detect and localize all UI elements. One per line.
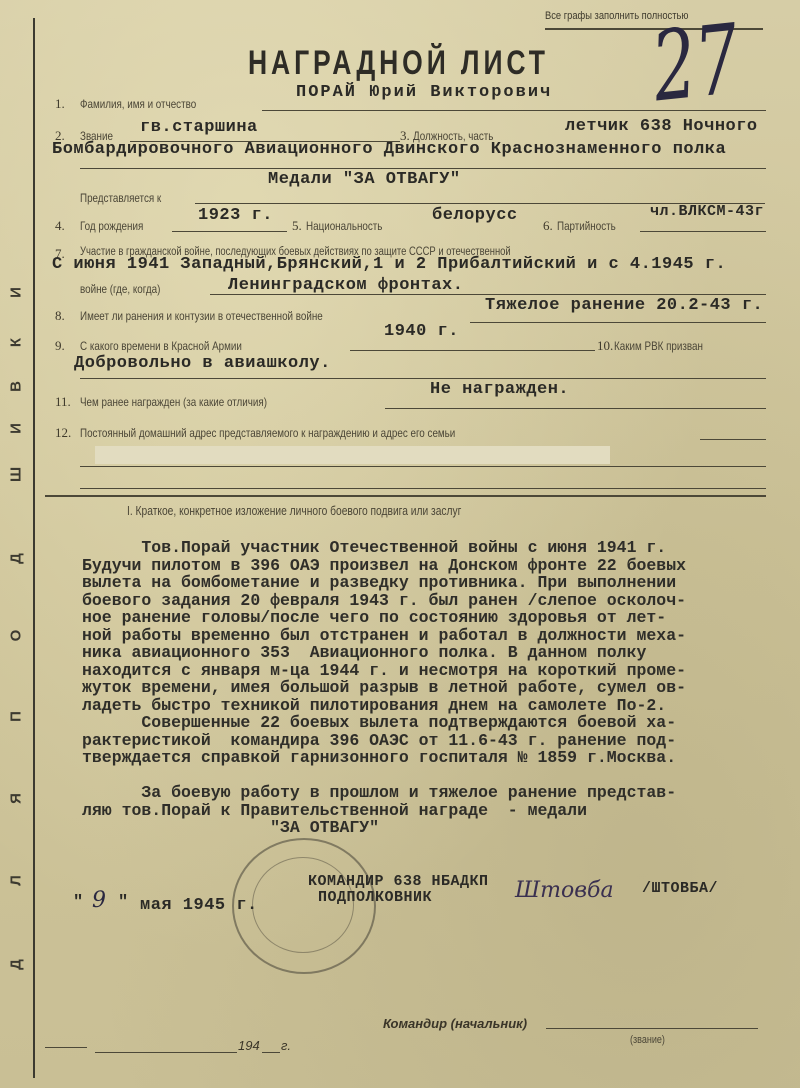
- field-2-value: гв.старшина: [140, 118, 258, 137]
- field-4-label: Год рождения: [80, 219, 143, 233]
- field-4-number: 4.: [55, 218, 65, 234]
- narrative-line: боевого задания 20 февраля 1943 г. был р…: [82, 592, 686, 610]
- field-12-line-2: [80, 466, 766, 467]
- filing-margin-line: [33, 18, 35, 1078]
- footer-date-year-line: [262, 1052, 280, 1053]
- date-quote-close: ": [118, 893, 129, 912]
- field-5-label: Национальность: [306, 219, 382, 233]
- field-6-line: [640, 231, 766, 232]
- field-9-label: С какого времени в Красной Армии: [80, 339, 242, 353]
- section-divider: [45, 495, 766, 497]
- field-1-line: [262, 110, 766, 111]
- redacted-address: [95, 446, 610, 464]
- field-8-label: Имеет ли ранения и контузии в отечествен…: [80, 309, 323, 323]
- margin-letter: В: [8, 377, 25, 397]
- section-heading: I. Краткое, конкретное изложение личного…: [127, 504, 461, 518]
- handwritten-number: 27: [648, 9, 743, 117]
- field-9-line: [350, 350, 595, 351]
- field-3-value-line2: Бомбардировочного Авиационного Двинского…: [52, 140, 726, 159]
- narrative-line: жуток времени, имея большой разрыв в лет…: [82, 679, 686, 697]
- field-4-value: 1923 г.: [198, 206, 273, 225]
- field-7-line: [210, 294, 766, 295]
- margin-letter: Ш: [8, 465, 25, 485]
- field-6-number: 6.: [543, 218, 553, 234]
- narrative-line: ляю тов.Порай к Правительственной наград…: [82, 802, 686, 820]
- field-12-line: [700, 439, 766, 440]
- narrative-line: За боевую работу в прошлом и тяжелое ран…: [82, 784, 686, 802]
- date-rest: мая 1945 г.: [140, 896, 258, 915]
- narrative-line: вылета на бомбометание и разведку против…: [82, 574, 686, 592]
- field-5-value: белорусс: [432, 206, 518, 225]
- field-12-number: 12.: [55, 425, 71, 441]
- field-8-value: Тяжелое ранение 20.2-43 г.: [485, 296, 763, 315]
- narrative-line: ной работы временно был отстранен и рабо…: [82, 627, 686, 645]
- field-7-value: С июня 1941 Западный,Брянский,1 и 2 Приб…: [52, 255, 726, 274]
- field-9-number: 9.: [55, 338, 65, 354]
- margin-letter: Л: [8, 871, 25, 891]
- handwritten-signature: Штовба: [515, 878, 614, 903]
- field-11-value: Не награжден.: [430, 380, 569, 399]
- field-3-value: летчик 638 Ночного: [565, 117, 758, 136]
- document-title: НАГРАДНОЙ ЛИСТ: [248, 44, 549, 83]
- signer-position-line1: КОМАНДИР 638 НБАДКП: [308, 873, 489, 890]
- date-day: 9: [92, 888, 106, 913]
- field-11-line: [385, 408, 766, 409]
- narrative-line: тверждается справкой гарнизонного госпит…: [82, 749, 686, 767]
- signer-name: /ШТОВБА/: [642, 880, 718, 897]
- footer-date-day-line: [45, 1047, 87, 1048]
- field-5-number: 5.: [292, 218, 302, 234]
- narrative-line: находится с января м-ца 1944 г. и несмот…: [82, 662, 686, 680]
- commander-label: Командир (начальник): [383, 1016, 527, 1031]
- margin-letter: И: [8, 283, 25, 303]
- footer-date-suffix: г.: [281, 1038, 291, 1053]
- footer-date-month-line: [95, 1052, 237, 1053]
- margin-letter: Я: [8, 789, 25, 809]
- field-10-label: Каким РВК призван: [614, 339, 703, 353]
- margin-letter: И: [8, 419, 25, 439]
- narrative-line: ное ранение головы/после чего по состоян…: [82, 609, 686, 627]
- field-1-value: ПОРАЙ Юрий Викторович: [296, 83, 552, 102]
- margin-letter: Д: [8, 549, 25, 569]
- narrative-line: Совершенные 22 боевых вылета подтверждаю…: [82, 714, 686, 732]
- field-7-value-line2: Ленинградском фронтах.: [228, 276, 463, 295]
- signer-position-line2: ПОДПОЛКОВНИК: [318, 889, 432, 906]
- narrative-line: Тов.Порай участник Отечественной войны с…: [82, 539, 686, 557]
- presented-value: Медали "ЗА ОТВАГУ": [268, 170, 461, 189]
- field-9-value: 1940 г.: [384, 322, 459, 341]
- narrative-line: [82, 767, 686, 785]
- narrative-line: ника авиационного 353 Авиационного полка…: [82, 644, 686, 662]
- margin-letter: К: [8, 333, 25, 353]
- field-7-label-line2: войне (где, когда): [80, 282, 160, 296]
- footer-date-year: 194: [238, 1038, 260, 1053]
- presented-label: Представляется к: [80, 191, 161, 205]
- narrative-line: рактеристикой командира 396 ОАЭС от 11.6…: [82, 732, 686, 750]
- narrative-line: Будучи пилотом в 396 ОАЭ произвел на Дон…: [82, 557, 686, 575]
- rank-caption: (звание): [630, 1034, 665, 1046]
- field-12-label: Постоянный домашний адрес представляемог…: [80, 426, 455, 440]
- field-10-line: [80, 378, 766, 379]
- field-1-number: 1.: [55, 96, 65, 112]
- field-6-label: Партийность: [557, 219, 616, 233]
- field-3-line: [80, 168, 766, 169]
- field-8-number: 8.: [55, 308, 65, 324]
- field-6-value: чл.ВЛКСМ-43г: [650, 203, 764, 220]
- narrative-block: Тов.Порай участник Отечественной войны с…: [82, 539, 686, 837]
- date-quote-open: ": [73, 893, 84, 912]
- commander-line: [546, 1028, 758, 1029]
- field-11-label: Чем ранее награжден (за какие отличия): [80, 395, 267, 409]
- margin-letter: П: [8, 707, 25, 727]
- margin-letter: О: [8, 626, 25, 646]
- field-12-line-3: [80, 488, 766, 489]
- narrative-line: ладеть быстро техникой пилотирования дне…: [82, 697, 686, 715]
- field-1-label: Фамилия, имя и отчество: [80, 97, 196, 111]
- field-10-number: 10.: [597, 338, 613, 354]
- narrative-line: "ЗА ОТВАГУ": [82, 819, 686, 837]
- margin-letter: Д: [8, 955, 25, 975]
- field-8-line: [470, 322, 766, 323]
- field-4-line: [172, 231, 287, 232]
- field-10-value: Добровольно в авиашколу.: [74, 354, 331, 373]
- field-11-number: 11.: [55, 394, 71, 410]
